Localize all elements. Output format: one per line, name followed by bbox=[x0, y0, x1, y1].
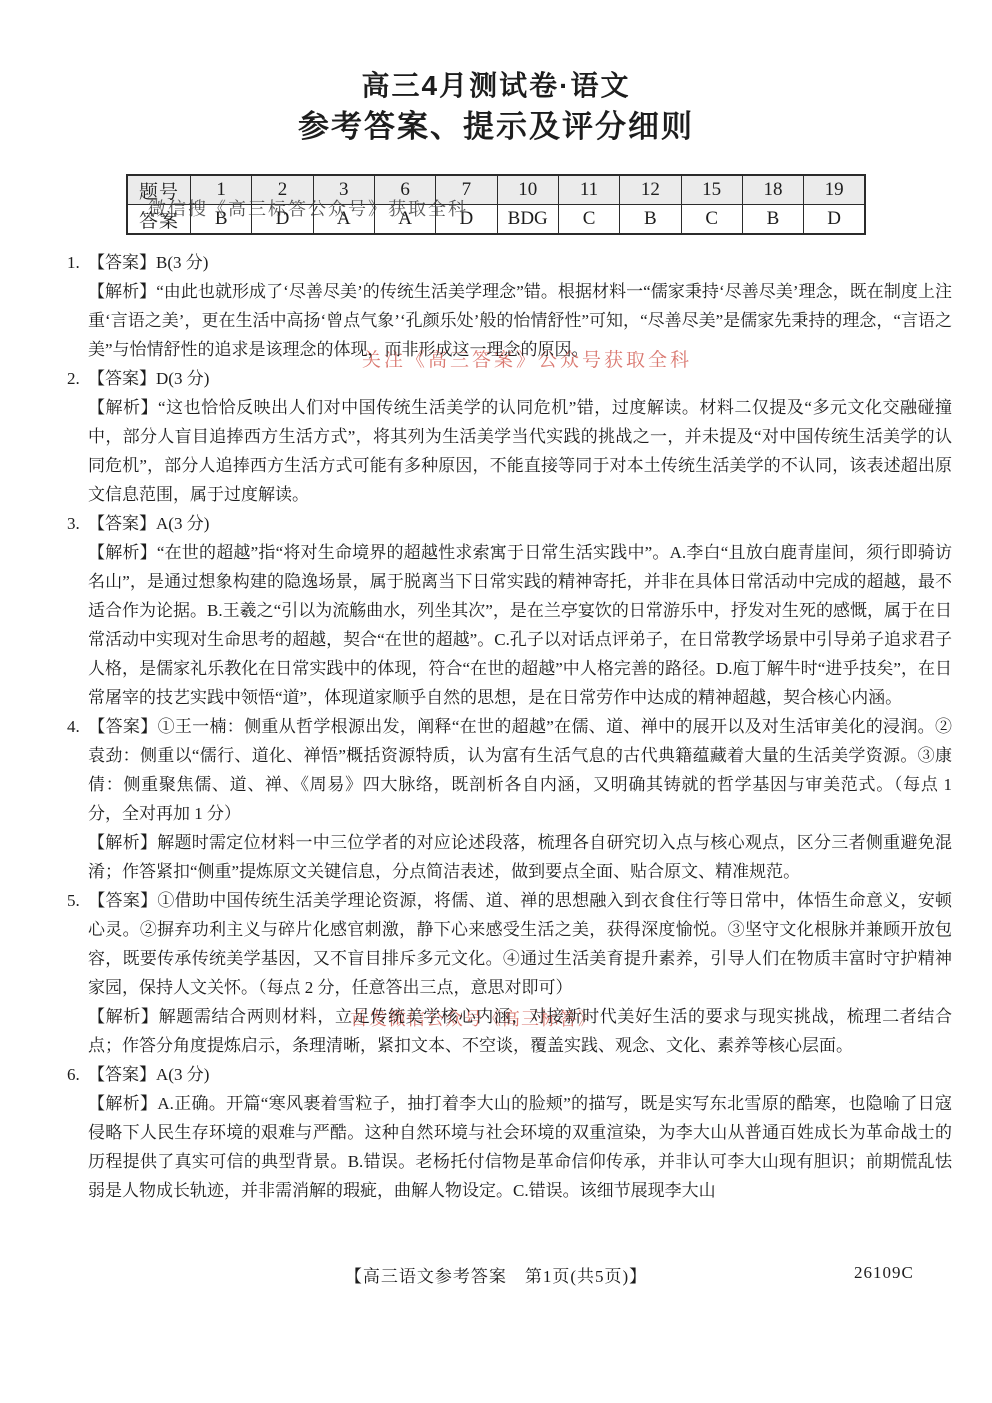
answer-cell: A bbox=[374, 205, 435, 235]
analysis-paragraph: 【解析】A.正确。开篇“寒风裹着雪粒子，抽打着李大山的脸颊”的描写，既是实写东北… bbox=[88, 1089, 952, 1205]
question-number-cell: 2 bbox=[252, 175, 313, 205]
answer-cell: D bbox=[436, 205, 497, 235]
analysis-paragraph: 【解析】解题时需定位材料一中三位学者的对应论述段落，梳理各自研究切入点与核心观点… bbox=[88, 828, 952, 886]
answer-label: 【答案】 bbox=[88, 1065, 156, 1084]
answer-cell: BDG bbox=[497, 205, 558, 235]
answer-line: 4.【答案】①王一楠：侧重从哲学根源出发，阐释“在世的超越”在儒、道、禅中的展开… bbox=[88, 712, 952, 828]
answer-text: B(3 分) bbox=[156, 253, 208, 272]
analysis-text: 解题时需定位材料一中三位学者的对应论述段落，梳理各自研究切入点与核心观点，区分三… bbox=[88, 833, 952, 881]
analysis-paragraph: 【解析】解题需结合两则材料，立足传统美学核心内涵，对接新时代美好生活的要求与现实… bbox=[88, 1002, 952, 1060]
answer-text: ①借助中国传统生活美学理论资源，将儒、道、禅的思想融入到衣食住行等日常中，体悟生… bbox=[88, 891, 952, 997]
answer-text: A(3 分) bbox=[156, 1065, 209, 1084]
question-number-row: 题号 1 2 3 6 7 10 11 12 15 18 19 bbox=[127, 175, 865, 205]
title-block: 高三4月测试卷·语文 参考答案、提示及评分细则 bbox=[0, 0, 992, 148]
answer-item-2: 2.【答案】D(3 分) 【解析】“这也恰恰反映出人们对中国传统生活美学的认同危… bbox=[0, 364, 992, 509]
answer-label: 【答案】 bbox=[88, 717, 158, 736]
answer-items: 1.【答案】B(3 分) 【解析】“由此也就形成了‘尽善尽美’的传统生活美学理念… bbox=[0, 248, 992, 1205]
question-number-cell: 10 bbox=[497, 175, 558, 205]
answer-line: 6.【答案】A(3 分) bbox=[88, 1060, 952, 1089]
footer-page-label: 【高三语文参考答案 第1页(共5页)】 bbox=[0, 1262, 992, 1287]
answer-cell: A bbox=[313, 205, 374, 235]
answer-cell: C bbox=[558, 205, 619, 235]
question-number-cell: 11 bbox=[558, 175, 619, 205]
analysis-text: “在世的超越”指“将对生命境界的超越性求索寓于日常生活实践中”。A.李白“且放白… bbox=[88, 543, 952, 707]
answer-line: 3.【答案】A(3 分) bbox=[88, 509, 952, 538]
footer-paper-code: 26109C bbox=[854, 1263, 914, 1283]
exam-answer-page: 高三4月测试卷·语文 参考答案、提示及评分细则 题号 1 2 3 6 7 10 … bbox=[0, 0, 992, 1403]
answer-item-6: 6.【答案】A(3 分) 【解析】A.正确。开篇“寒风裹着雪粒子，抽打着李大山的… bbox=[0, 1060, 992, 1205]
answer-item-1: 1.【答案】B(3 分) 【解析】“由此也就形成了‘尽善尽美’的传统生活美学理念… bbox=[0, 248, 992, 364]
answer-item-4: 4.【答案】①王一楠：侧重从哲学根源出发，阐释“在世的超越”在儒、道、禅中的展开… bbox=[0, 712, 992, 886]
answer-cell: B bbox=[742, 205, 803, 235]
answer-label: 【答案】 bbox=[88, 514, 156, 533]
answer-item-3: 3.【答案】A(3 分) 【解析】“在世的超越”指“将对生命境界的超越性求索寓于… bbox=[0, 509, 992, 712]
answer-line: 5.【答案】①借助中国传统生活美学理论资源，将儒、道、禅的思想融入到衣食住行等日… bbox=[88, 886, 952, 1002]
analysis-label: 【解析】 bbox=[88, 282, 156, 301]
analysis-text: A.正确。开篇“寒风裹着雪粒子，抽打着李大山的脸颊”的描写，既是实写东北雪原的酷… bbox=[88, 1094, 952, 1200]
question-number-cell: 12 bbox=[620, 175, 681, 205]
analysis-label: 【解析】 bbox=[88, 398, 158, 417]
analysis-text: “由此也就形成了‘尽善尽美’的传统生活美学理念”错。根据材料一“儒家秉持‘尽善尽… bbox=[88, 282, 952, 359]
question-number-cell: 19 bbox=[804, 175, 865, 205]
question-number-cell: 7 bbox=[436, 175, 497, 205]
analysis-label: 【解析】 bbox=[88, 1007, 159, 1026]
item-number: 3. bbox=[67, 509, 88, 538]
question-number-cell: 15 bbox=[681, 175, 742, 205]
question-number-cell: 18 bbox=[742, 175, 803, 205]
answer-text: A(3 分) bbox=[156, 514, 209, 533]
answer-label: 【答案】 bbox=[88, 891, 157, 910]
answer-cell: B bbox=[191, 205, 252, 235]
answer-cell: C bbox=[681, 205, 742, 235]
page-subtitle: 参考答案、提示及评分细则 bbox=[0, 106, 992, 148]
item-number: 2. bbox=[67, 364, 88, 393]
answer-key-table-wrap: 题号 1 2 3 6 7 10 11 12 15 18 19 答案 B D A … bbox=[126, 174, 866, 235]
question-number-cell: 6 bbox=[374, 175, 435, 205]
question-number-cell: 3 bbox=[313, 175, 374, 205]
analysis-paragraph: 【解析】“由此也就形成了‘尽善尽美’的传统生活美学理念”错。根据材料一“儒家秉持… bbox=[88, 277, 952, 364]
answer-cell: B bbox=[620, 205, 681, 235]
answer-item-5: 5.【答案】①借助中国传统生活美学理论资源，将儒、道、禅的思想融入到衣食住行等日… bbox=[0, 886, 992, 1060]
analysis-label: 【解析】 bbox=[88, 543, 157, 562]
answer-key-table: 题号 1 2 3 6 7 10 11 12 15 18 19 答案 B D A … bbox=[126, 174, 866, 235]
answer-cell: D bbox=[804, 205, 865, 235]
item-number: 6. bbox=[67, 1060, 88, 1089]
row-header-question: 题号 bbox=[127, 175, 191, 205]
answer-cell: D bbox=[252, 205, 313, 235]
answer-text: D(3 分) bbox=[156, 369, 209, 388]
answer-text: ①王一楠：侧重从哲学根源出发，阐释“在世的超越”在儒、道、禅中的展开以及对生活审… bbox=[88, 717, 952, 823]
analysis-paragraph: 【解析】“在世的超越”指“将对生命境界的超越性求索寓于日常生活实践中”。A.李白… bbox=[88, 538, 952, 712]
analysis-paragraph: 【解析】“这也恰恰反映出人们对中国传统生活美学的认同危机”错，过度解读。材料二仅… bbox=[88, 393, 952, 509]
answer-line: 2.【答案】D(3 分) bbox=[88, 364, 952, 393]
answer-line: 1.【答案】B(3 分) bbox=[88, 248, 952, 277]
item-number: 1. bbox=[67, 248, 88, 277]
item-number: 4. bbox=[67, 712, 88, 741]
analysis-text: “这也恰恰反映出人们对中国传统生活美学的认同危机”错，过度解读。材料二仅提及“多… bbox=[88, 398, 952, 504]
item-number: 5. bbox=[67, 886, 88, 915]
answer-label: 【答案】 bbox=[88, 253, 156, 272]
analysis-label: 【解析】 bbox=[88, 833, 157, 852]
question-number-cell: 1 bbox=[191, 175, 252, 205]
answer-row: 答案 B D A A D BDG C B C B D bbox=[127, 205, 865, 235]
analysis-label: 【解析】 bbox=[88, 1094, 157, 1113]
answer-label: 【答案】 bbox=[88, 369, 156, 388]
row-header-answer: 答案 bbox=[127, 205, 191, 235]
page-title: 高三4月测试卷·语文 bbox=[0, 68, 992, 104]
analysis-text: 解题需结合两则材料，立足传统美学核心内涵，对接新时代美好生活的要求与现实挑战，梳… bbox=[88, 1007, 952, 1055]
